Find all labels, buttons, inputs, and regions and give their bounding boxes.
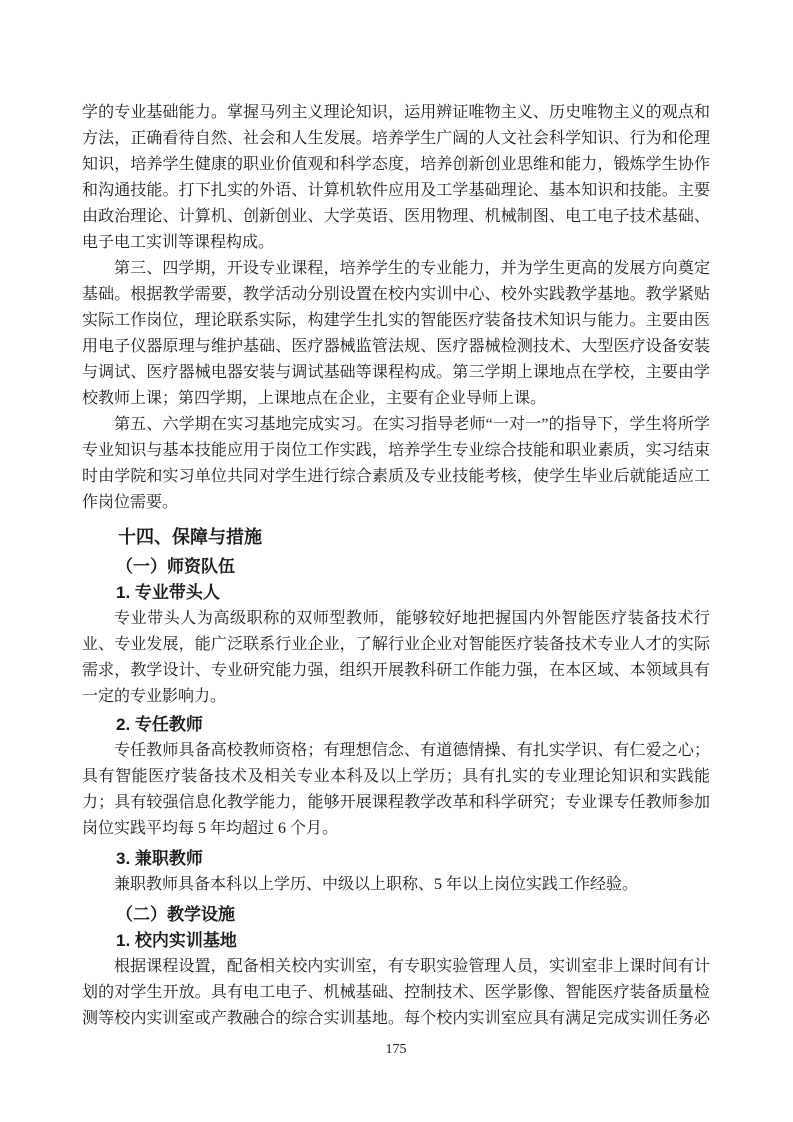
paragraph-program-leader: 专业带头人为高级职称的双师型教师，能够较好地把握国内外智能医疗装备技术行业、专业… <box>82 606 710 710</box>
paragraph-semesters-3-4: 第三、四学期，开设专业课程，培养学生的专业能力，并为学生更高的发展方向奠定基础。… <box>82 256 710 412</box>
subsection-heading-teaching-facilities: （二）教学设施 <box>82 902 710 928</box>
item-heading-fulltime-teachers: 2. 专任教师 <box>82 712 710 738</box>
item-heading-parttime-teachers: 3. 兼职教师 <box>82 846 710 872</box>
subsection-heading-faculty-team: （一）师资队伍 <box>82 554 710 580</box>
paragraph-parttime-teachers: 兼职教师具备本科以上学历、中级以上职称、5 年以上岗位实践工作经验。 <box>82 872 710 898</box>
item-heading-campus-training-base: 1. 校内实训基地 <box>82 928 710 954</box>
document-body: 学的专业基础能力。掌握马列主义理论知识，运用辨证唯物主义、历史唯物主义的观点和方… <box>82 100 710 1060</box>
page-number: 175 <box>82 1040 710 1060</box>
paragraph-fulltime-teachers: 专任教师具备高校教师资格；有理想信念、有道德情操、有扎实学识、有仁爱之心；具有智… <box>82 738 710 842</box>
section-heading-14-guarantees: 十四、保障与措施 <box>82 522 710 552</box>
paragraph-campus-training-base: 根据课程设置，配备相关校内实训室，有专职实验管理人员，实训室非上课时间有计划的对… <box>82 954 710 1032</box>
item-heading-program-leader: 1. 专业带头人 <box>82 580 710 606</box>
document-page: 学的专业基础能力。掌握马列主义理论知识，运用辨证唯物主义、历史唯物主义的观点和方… <box>0 0 793 1122</box>
paragraph-semesters-5-6: 第五、六学期在实习基地完成实习。在实习指导老师“一对一”的指导下，学生将所学专业… <box>82 412 710 516</box>
paragraph-intro-continuation: 学的专业基础能力。掌握马列主义理论知识，运用辨证唯物主义、历史唯物主义的观点和方… <box>82 100 710 256</box>
